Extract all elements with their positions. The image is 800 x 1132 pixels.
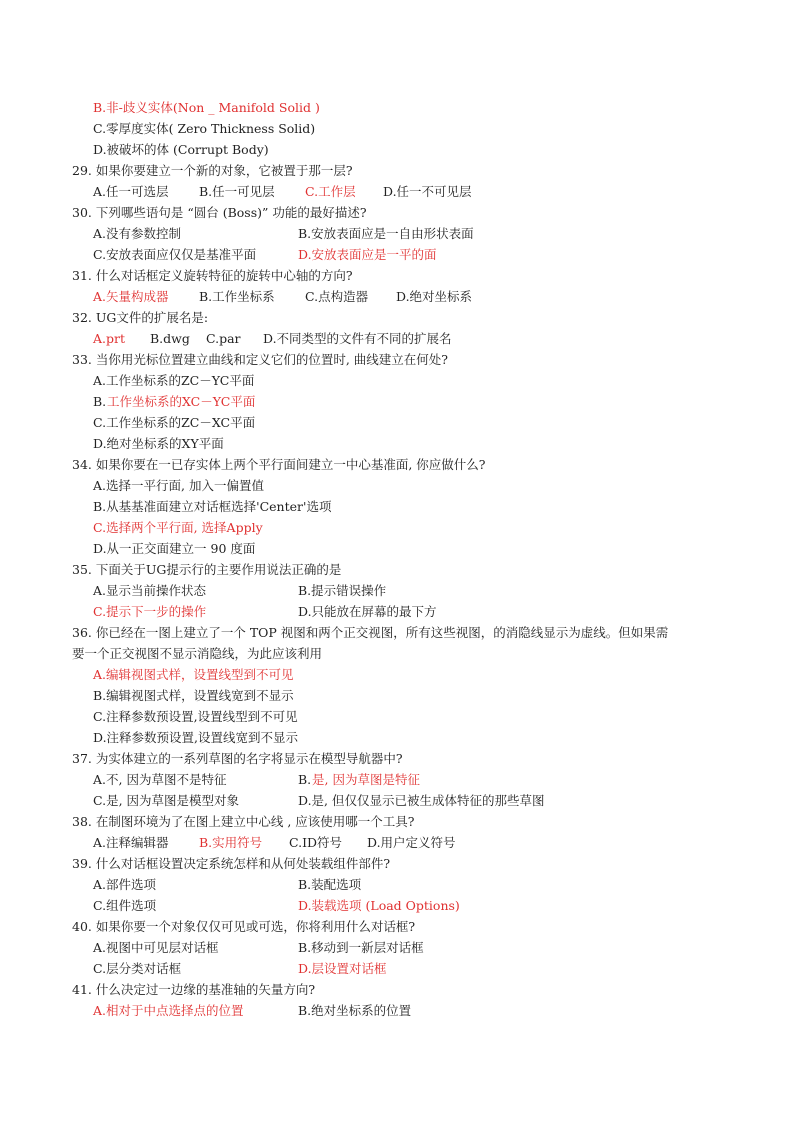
answer-text: D.装载选项 (Load Options) <box>298 898 460 914</box>
option-text: B. <box>298 772 311 788</box>
option-text: C.是, 因为草图是模型对象 <box>93 793 239 809</box>
option-text: C.par <box>206 331 241 347</box>
option-text: 36. 你已经在一图上建立了一个 TOP 视图和两个正交视图，所有这些视图，的消… <box>72 625 668 641</box>
option-text: B.移动到一新层对话框 <box>298 940 424 956</box>
answer-text: C.工作层 <box>305 184 356 200</box>
option-text: 41. 什么决定过一边缘的基准轴的矢量方向? <box>72 982 315 998</box>
option-text: D.绝对坐标系的XY平面 <box>93 436 224 452</box>
option-text: D.任一不可见层 <box>383 184 472 200</box>
option-text: D.是, 但仅仅显示已被生成体特征的那些草图 <box>298 793 545 809</box>
option-text: 39. 什么对话框设置决定系统怎样和从何处装载组件部件? <box>72 856 390 872</box>
option-text: D.绝对坐标系 <box>396 289 472 305</box>
option-text: C.组件选项 <box>93 898 156 914</box>
option-text: B.工作坐标系 <box>199 289 275 305</box>
answer-text: A.矢量构成器 <box>93 289 169 305</box>
option-text: D.注释参数预设置,设置线宽到不显示 <box>93 730 298 746</box>
option-text: C.ID符号 <box>289 835 342 851</box>
answer-text: B.实用符号 <box>199 835 262 851</box>
option-text: B.装配选项 <box>298 877 361 893</box>
answer-text: A.相对于中点选择点的位置 <box>93 1003 244 1019</box>
option-text: A.任一可选层 <box>93 184 169 200</box>
option-text: 30. 下列哪些语句是 “圆台 (Boss)” 功能的最好描述? <box>72 205 367 221</box>
option-text: A.工作坐标系的ZC－YC平面 <box>93 373 254 389</box>
option-text: 34. 如果你要在一已存实体上两个平行面间建立一中心基准面, 你应做什么? <box>72 457 486 473</box>
option-text: 37. 为实体建立的一系列草图的名字将显示在模型导航器中? <box>72 751 403 767</box>
option-text: C.点构造器 <box>305 289 368 305</box>
option-text: C.注释参数预设置,设置线型到不可见 <box>93 709 298 725</box>
option-text: C.安放表面应仅仅是基准平面 <box>93 247 256 263</box>
option-text: D.被破坏的体 (Corrupt Body) <box>93 142 269 158</box>
option-text: A.不, 因为草图不是特征 <box>93 772 226 788</box>
option-text: 31. 什么对话框定义旋转特征的旋转中心轴的方向? <box>72 268 353 284</box>
answer-text: D.安放表面应是一平的面 <box>298 247 437 263</box>
option-text: A.注释编辑器 <box>93 835 169 851</box>
option-text: B.dwg <box>150 331 190 347</box>
option-text: A.选择一平行面, 加入一偏置值 <box>93 478 264 494</box>
option-text: 35. 下面关于UG提示行的主要作用说法正确的是 <box>72 562 341 578</box>
answer-text: 工作坐标系的XC－YC平面 <box>107 394 255 410</box>
option-text: D.只能放在屏幕的最下方 <box>298 604 437 620</box>
option-text: A.显示当前操作状态 <box>93 583 206 599</box>
option-text: D.从一正交面建立一 90 度面 <box>93 541 255 557</box>
option-text: A.没有参数控制 <box>93 226 181 242</box>
option-text: A.视图中可见层对话框 <box>93 940 219 956</box>
option-text: C.零厚度实体( Zero Thickness Solid) <box>93 121 315 137</box>
option-text: A.部件选项 <box>93 877 156 893</box>
option-text: B.任一可见层 <box>199 184 275 200</box>
option-text: D.不同类型的文件有不同的扩展名 <box>263 331 452 347</box>
option-text: 40. 如果你要一个对象仅仅可见或可选，你将利用什么对话框? <box>72 919 415 935</box>
option-text: C.层分类对话框 <box>93 961 181 977</box>
answer-text: A.编辑视图式样，设置线型到不可见 <box>93 667 294 683</box>
answer-text: A.prt <box>93 331 125 347</box>
answer-text: D.层设置对话框 <box>298 961 387 977</box>
answer-text: C.选择两个平行面, 选择Apply <box>93 520 263 536</box>
option-text: 33. 当你用光标位置建立曲线和定义它们的位置时, 曲线建立在何处? <box>72 352 448 368</box>
option-text: 38. 在制图环境为了在图上建立中心线 , 应该使用哪一个工具? <box>72 814 414 830</box>
option-text: C.工作坐标系的ZC－XC平面 <box>93 415 255 431</box>
option-text: D.用户定义符号 <box>367 835 456 851</box>
option-text: 要一个正交视图不显示消隐线，为此应该利用 <box>72 646 322 662</box>
option-text: 29. 如果你要建立一个新的对象，它被置于那一层? <box>72 163 353 179</box>
option-text: B.安放表面应是一自由形状表面 <box>298 226 474 242</box>
option-text: B.从基基准面建立对话框选择'Center'选项 <box>93 499 331 515</box>
answer-text: C.提示下一步的操作 <box>93 604 206 620</box>
option-text: B. <box>93 394 106 410</box>
option-text: B.编辑视图式样，设置线宽到不显示 <box>93 688 294 704</box>
answer-text: B.非-歧义实体(Non _ Manifold Solid ) <box>93 100 320 116</box>
option-text: 32. UG文件的扩展名是: <box>72 310 208 326</box>
option-text: B.绝对坐标系的位置 <box>298 1003 411 1019</box>
option-text: B.提示错误操作 <box>298 583 386 599</box>
answer-text: 是, 因为草图是特征 <box>312 772 420 788</box>
